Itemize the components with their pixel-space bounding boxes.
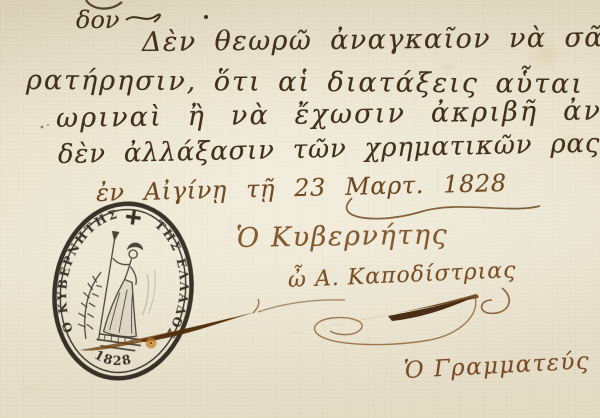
handwriting-fragment-line: δον [76,6,120,34]
governor-title: Ὁ Κυβερνήτης [236,219,449,254]
athena-figure [96,231,156,351]
handwriting-line-1: Δὲν θεωρῶ ἀναγκαῖον νὰ σᾶς κα [142,21,600,58]
foxing-stain [16,380,44,396]
handwriting-line-2: ρατήρησιν, ὅτι αἱ διατάξεις αὗται ὀφειλ [26,65,600,101]
manuscript-photo: { "manuscript": { "fragment": "δον", "bo… [0,0,600,418]
seal-faded-marks [141,269,157,317]
government-seal-stamp: Ο ΚΥΒΕΡΝΗΤΗΣ ΤΗΣ ΕΛΛΑΔΟΣ 1828 [38,188,209,394]
